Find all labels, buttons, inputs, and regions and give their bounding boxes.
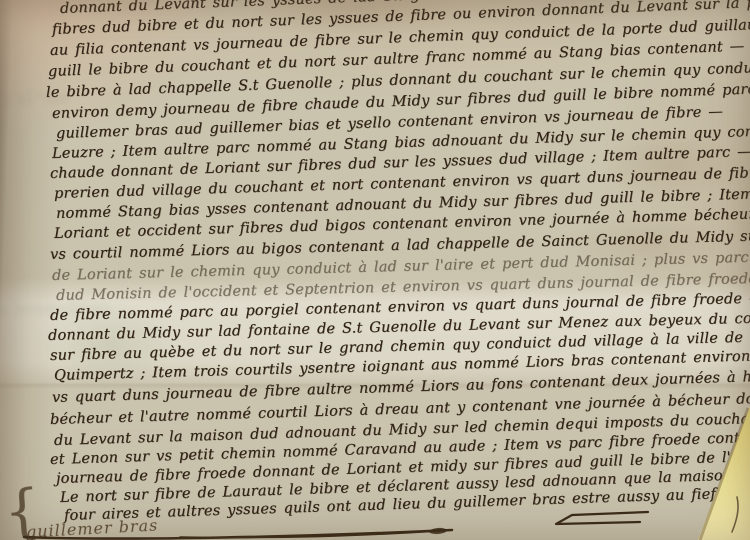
paraph-flourish [556,512,648,524]
ink-blot [429,527,447,534]
edge-pen-stroke [732,497,738,532]
manuscript-photo: nu envers la porte et au chemin dud vne … [0,0,750,540]
signature-underline-flourish [180,531,440,538]
signature-text: guillemer bras [26,516,159,540]
